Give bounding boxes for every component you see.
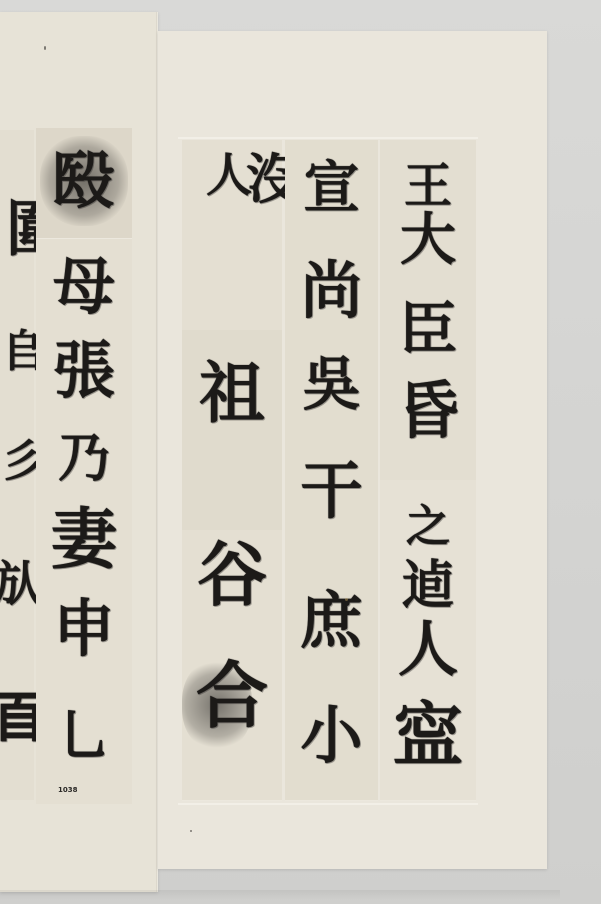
glyph: 王 [404,162,452,210]
glyph: 吳 [302,355,360,413]
right-column-middle-strip: 宣 尚 吳 干 庶 小 [285,140,378,800]
ink-speck [190,830,192,832]
left-partial-strip: 圍 𠂤 彡 㫃 𦣻 [0,130,34,800]
ink-speck [44,46,46,50]
glyph: 尚 [300,260,362,322]
glyph: 昏 [397,380,459,442]
ink-speck [345,598,348,601]
glyph: 申 [53,598,115,660]
glyph: 殹 [53,150,115,212]
glyph: 母 [53,256,115,318]
glyph: 大 [400,212,456,268]
glyph: 合 [196,660,268,732]
right-column-left-strip: 人 沒 祖 谷 合 [182,140,282,800]
catalog-number-label: 1038 [58,786,77,794]
glyph: 逌 [402,560,454,612]
glyph: 妻 [51,506,117,572]
glyph: 祖 [199,360,265,426]
glyph: 干 [300,460,362,522]
glyph: 張 [53,340,115,402]
glyph: 庶 [300,590,362,652]
glyph: 人 [398,620,458,680]
glyph: 臣 [399,300,457,358]
glyph: 寍 [393,700,463,770]
glyph: 乚 [57,708,111,762]
glyph: 乃 [58,433,110,485]
mount-line-bottom [178,803,478,805]
glyph: 小 [300,705,362,767]
mount-line-top [178,137,478,139]
glyph: 宣 [304,160,360,216]
glyph: 谷 [197,540,267,610]
glyph: 之 [406,505,450,549]
left-column-strip: 殹 母 張 乃 妻 申 乚 [36,128,132,804]
album-shadow [0,890,560,900]
right-column-right-strip: 王 大 臣 昏 之 逌 人 寍 [380,140,476,800]
